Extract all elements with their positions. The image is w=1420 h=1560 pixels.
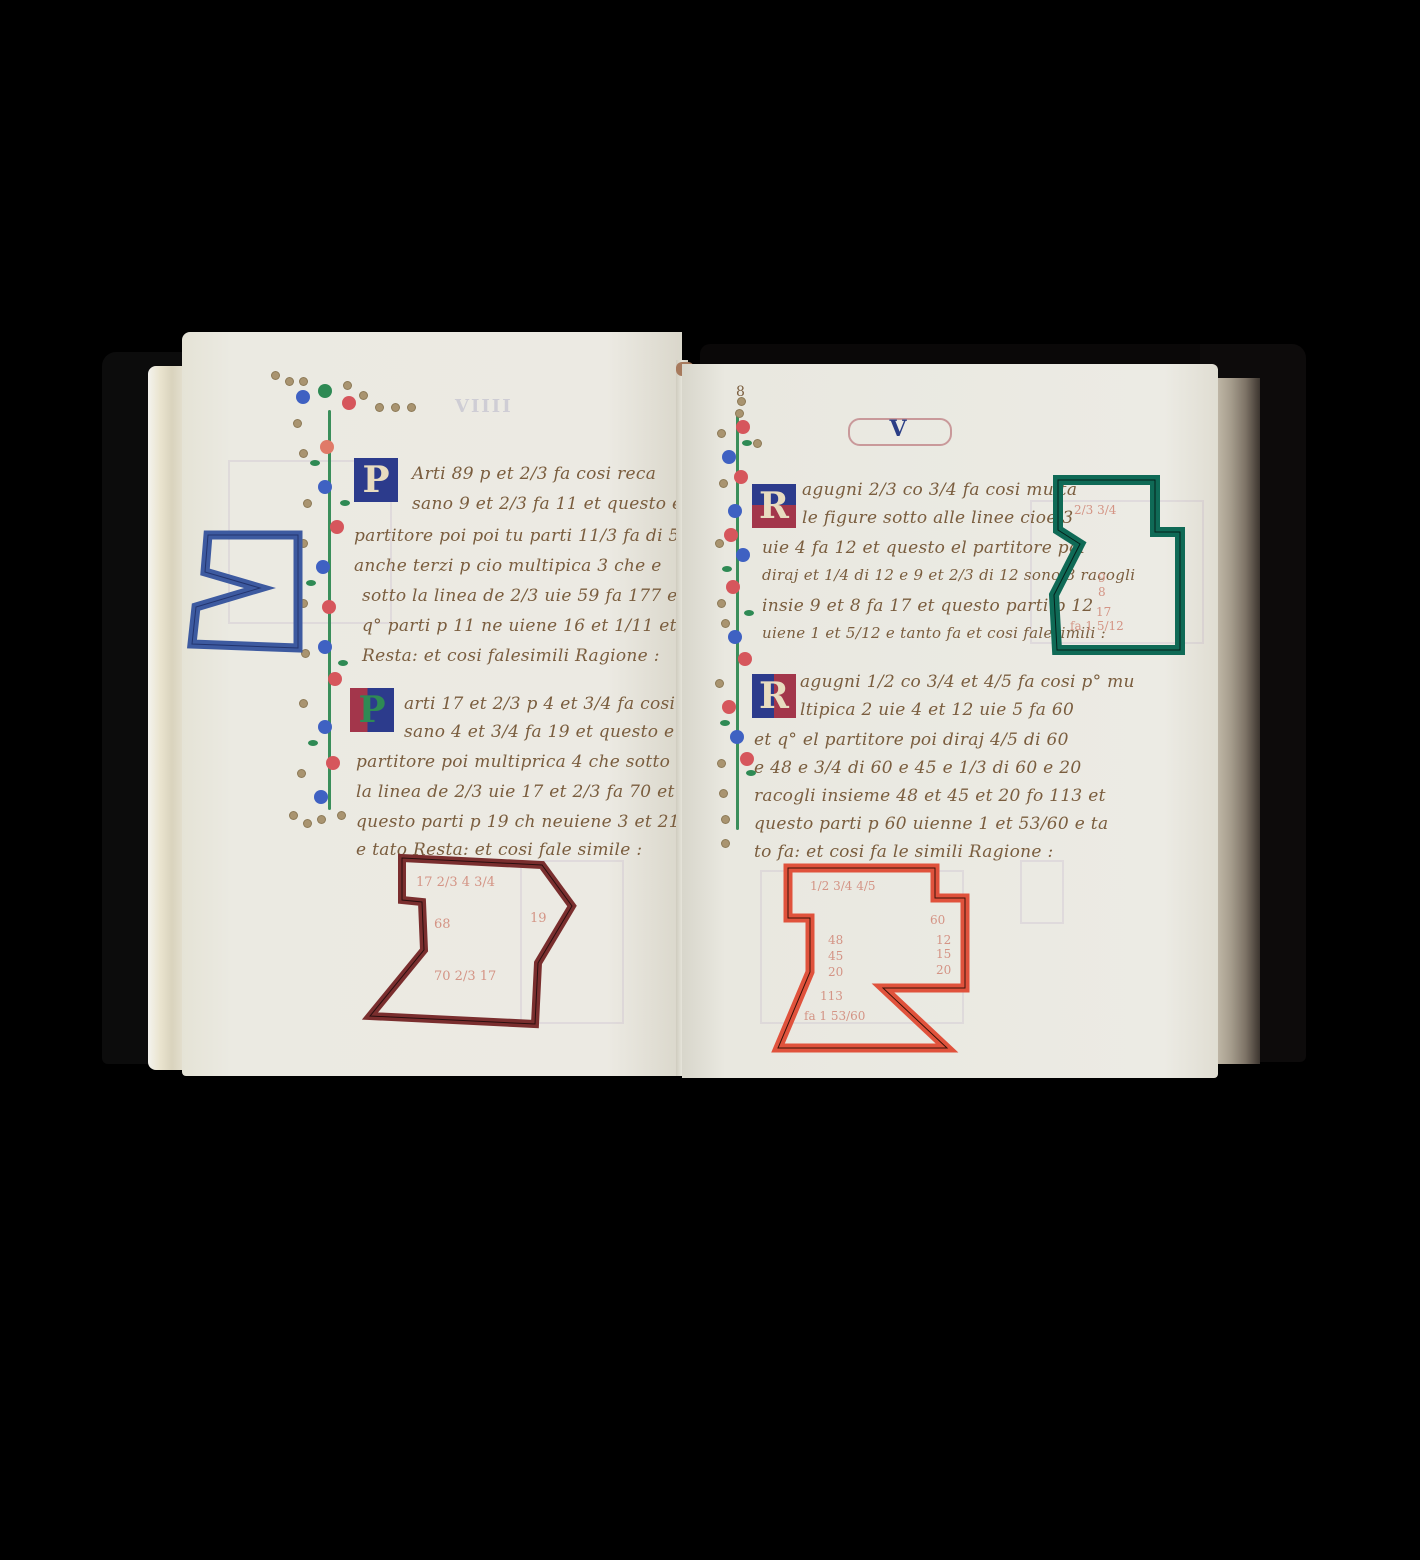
svg-text:1/2 3/4 4/5: 1/2 3/4 4/5 bbox=[810, 879, 876, 893]
svg-text:15: 15 bbox=[936, 947, 951, 961]
text-line: uie 4 fa 12 et questo el partitore poi bbox=[762, 538, 1085, 558]
svg-text:17 2/3 4 3/4: 17 2/3 4 3/4 bbox=[416, 875, 495, 890]
svg-text:20: 20 bbox=[936, 963, 951, 977]
text-line: arti 17 et 2/3 p 4 et 3/4 fa cosi reca bbox=[404, 694, 720, 714]
text-line: agugni 1/2 co 3/4 et 4/5 fa cosi p° mu bbox=[800, 672, 1135, 692]
svg-text:68: 68 bbox=[434, 917, 451, 932]
text-line: q° parti p 11 ne uiene 16 et 1/11 et tat… bbox=[362, 616, 718, 636]
text-line: sotto la linea de 2/3 uie 59 fa 177 et bbox=[362, 586, 685, 606]
text-line: questo parti p 60 uienne 1 et 53/60 e ta bbox=[754, 814, 1108, 834]
illuminated-initial-p: P bbox=[354, 458, 398, 502]
page-marker-numeral: V bbox=[848, 416, 948, 442]
illuminated-initial-p: P bbox=[350, 688, 394, 732]
text-line: partitore poi poi tu parti 11/3 fa di 59 bbox=[354, 526, 691, 546]
text-line: Resta: et cosi falesimili Ragione : bbox=[362, 646, 660, 666]
svg-text:8: 8 bbox=[1098, 585, 1106, 599]
text-line: et q° el partitore poi diraj 4/5 di 60 bbox=[754, 730, 1069, 750]
text-line: partitore poi multiprica 4 che sotto bbox=[356, 752, 670, 772]
svg-text:2/3 3/4: 2/3 3/4 bbox=[1074, 503, 1117, 517]
text-line: racogli insieme 48 et 45 et 20 fo 113 et bbox=[754, 786, 1106, 806]
blue-geometric-figure bbox=[180, 520, 310, 660]
text-line: questo parti p 19 ch neuiene 3 et 21/57 bbox=[356, 812, 708, 832]
svg-text:48: 48 bbox=[828, 933, 843, 947]
bleedthrough-figure bbox=[1020, 860, 1064, 924]
ghost-header-bleedthrough: VIIII bbox=[455, 396, 513, 417]
text-line: sano 9 et 2/3 fa 11 et questo el bbox=[412, 494, 688, 514]
green-geometric-figure: 2/3 3/4 9 8 17 fa 1 5/12 bbox=[1040, 470, 1200, 670]
svg-text:fa 1 53/60: fa 1 53/60 bbox=[804, 1009, 865, 1023]
svg-text:12: 12 bbox=[936, 933, 951, 947]
orange-geometric-figure: 1/2 3/4 4/5 60 48 12 45 15 20 20 113 fa … bbox=[770, 860, 980, 1060]
text-line: sano 4 et 3/4 fa 19 et questo e el bbox=[404, 722, 696, 742]
svg-text:20: 20 bbox=[828, 965, 843, 979]
text-line: ltipica 2 uie 4 et 12 uie 5 fa 60 bbox=[800, 700, 1074, 720]
illuminated-initial-r: R bbox=[752, 674, 796, 718]
illuminated-initial-r: R bbox=[752, 484, 796, 528]
svg-text:19: 19 bbox=[530, 911, 547, 926]
text-line: to fa: et cosi fa le simili Ragione : bbox=[754, 842, 1054, 862]
svg-text:70 2/3 17: 70 2/3 17 bbox=[434, 969, 496, 984]
svg-text:45: 45 bbox=[828, 949, 843, 963]
text-line: anche terzi p cio multipica 3 che e bbox=[354, 556, 662, 576]
text-line: Arti 89 p et 2/3 fa cosi reca bbox=[412, 464, 656, 484]
text-line: le figure sotto alle linee cioe 3 bbox=[802, 508, 1074, 528]
svg-text:9: 9 bbox=[1098, 571, 1106, 585]
text-line: agugni 2/3 co 3/4 fa cosi multa bbox=[802, 480, 1077, 500]
text-line: e 48 e 3/4 di 60 e 45 e 1/3 di 60 e 20 bbox=[754, 758, 1081, 778]
svg-text:fa 1 5/12: fa 1 5/12 bbox=[1070, 619, 1124, 633]
maroon-geometric-figure: 17 2/3 4 3/4 68 19 70 2/3 17 bbox=[360, 850, 590, 1030]
svg-text:113: 113 bbox=[820, 989, 843, 1003]
svg-text:60: 60 bbox=[930, 913, 945, 927]
svg-text:17: 17 bbox=[1096, 605, 1111, 619]
page-edges-right bbox=[1212, 378, 1260, 1064]
